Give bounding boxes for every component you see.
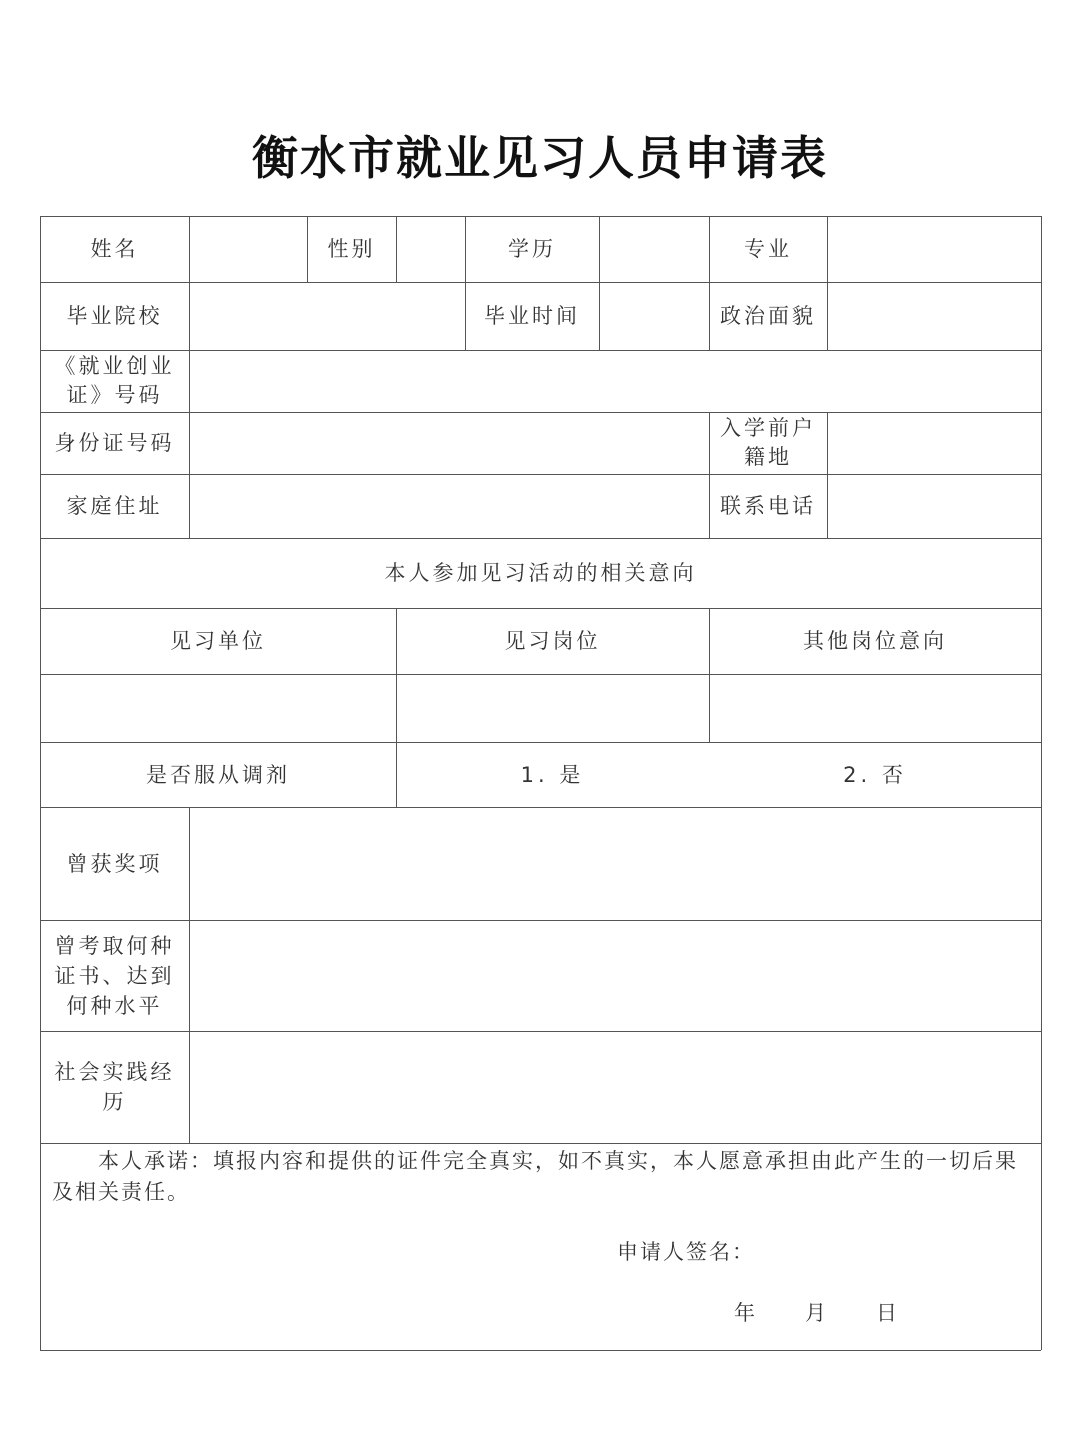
- phone-field[interactable]: [827, 474, 1041, 538]
- education-field[interactable]: [599, 216, 709, 282]
- other-post-field[interactable]: [709, 674, 1041, 742]
- table-border: [1041, 216, 1042, 1350]
- political-field[interactable]: [827, 282, 1041, 350]
- practice-field[interactable]: [189, 1031, 1041, 1143]
- address-field[interactable]: [189, 474, 709, 538]
- label-school: 毕业院校: [40, 282, 189, 350]
- label-certificates-line1: 曾考取何种: [55, 931, 175, 961]
- intern-unit-field[interactable]: [40, 674, 396, 742]
- option-yes[interactable]: 1. 是: [396, 742, 709, 807]
- intent-section-heading: 本人参加见习活动的相关意向: [40, 538, 1041, 608]
- label-practice-line2: 历: [103, 1087, 127, 1117]
- major-field[interactable]: [827, 216, 1041, 282]
- school-field[interactable]: [189, 282, 465, 350]
- label-awards: 曾获奖项: [40, 807, 189, 920]
- label-phone: 联系电话: [709, 474, 827, 538]
- label-other-post: 其他岗位意向: [709, 608, 1041, 674]
- date-year-label: 年: [734, 1297, 757, 1327]
- table-divider: [40, 1143, 1041, 1144]
- label-obey-adjust: 是否服从调剂: [40, 742, 396, 807]
- label-certificates-line2: 证书、达到: [55, 961, 175, 991]
- label-intern-post: 见习岗位: [396, 608, 709, 674]
- label-employment-cert: 《就业创业 证》号码: [40, 350, 189, 412]
- label-hukou-line2: 籍地: [744, 443, 792, 472]
- employment-cert-field[interactable]: [189, 350, 1041, 412]
- id-number-field[interactable]: [189, 412, 709, 474]
- date-month-label: 月: [805, 1297, 828, 1327]
- grad-time-field[interactable]: [599, 282, 709, 350]
- gender-field[interactable]: [396, 216, 465, 282]
- label-grad-time: 毕业时间: [465, 282, 599, 350]
- label-education: 学历: [465, 216, 599, 282]
- signature-field[interactable]: [760, 1236, 1020, 1266]
- option-no[interactable]: 2. 否: [709, 742, 1041, 807]
- pledge-text: 本人承诺：填报内容和提供的证件完全真实，如不真实，本人愿意承担由此产生的一切后果…: [52, 1146, 1032, 1208]
- label-intern-unit: 见习单位: [40, 608, 396, 674]
- certificates-field[interactable]: [189, 920, 1041, 1031]
- label-employment-cert-line1: 《就业创业: [55, 352, 175, 381]
- label-address: 家庭住址: [40, 474, 189, 538]
- label-political: 政治面貌: [709, 282, 827, 350]
- form-title: 衡水市就业见习人员申请表: [0, 122, 1080, 188]
- label-hukou: 入学前户 籍地: [709, 412, 827, 474]
- date-day-label: 日: [876, 1297, 899, 1327]
- label-major: 专业: [709, 216, 827, 282]
- label-practice: 社会实践经 历: [40, 1031, 189, 1143]
- label-hukou-line1: 入学前户: [720, 414, 816, 443]
- signature-label: 申请人签名：: [617, 1236, 755, 1266]
- label-certificates: 曾考取何种 证书、达到 何种水平: [40, 920, 189, 1031]
- label-certificates-line3: 何种水平: [67, 991, 163, 1021]
- awards-field[interactable]: [189, 807, 1041, 920]
- label-practice-line1: 社会实践经: [55, 1057, 175, 1087]
- label-gender: 性别: [307, 216, 396, 282]
- name-field[interactable]: [189, 216, 307, 282]
- hukou-field[interactable]: [827, 412, 1041, 474]
- label-id-number: 身份证号码: [40, 412, 189, 474]
- label-employment-cert-line2: 证》号码: [67, 381, 163, 410]
- label-name: 姓名: [40, 216, 189, 282]
- intern-post-field[interactable]: [396, 674, 709, 742]
- table-border: [40, 1350, 1041, 1351]
